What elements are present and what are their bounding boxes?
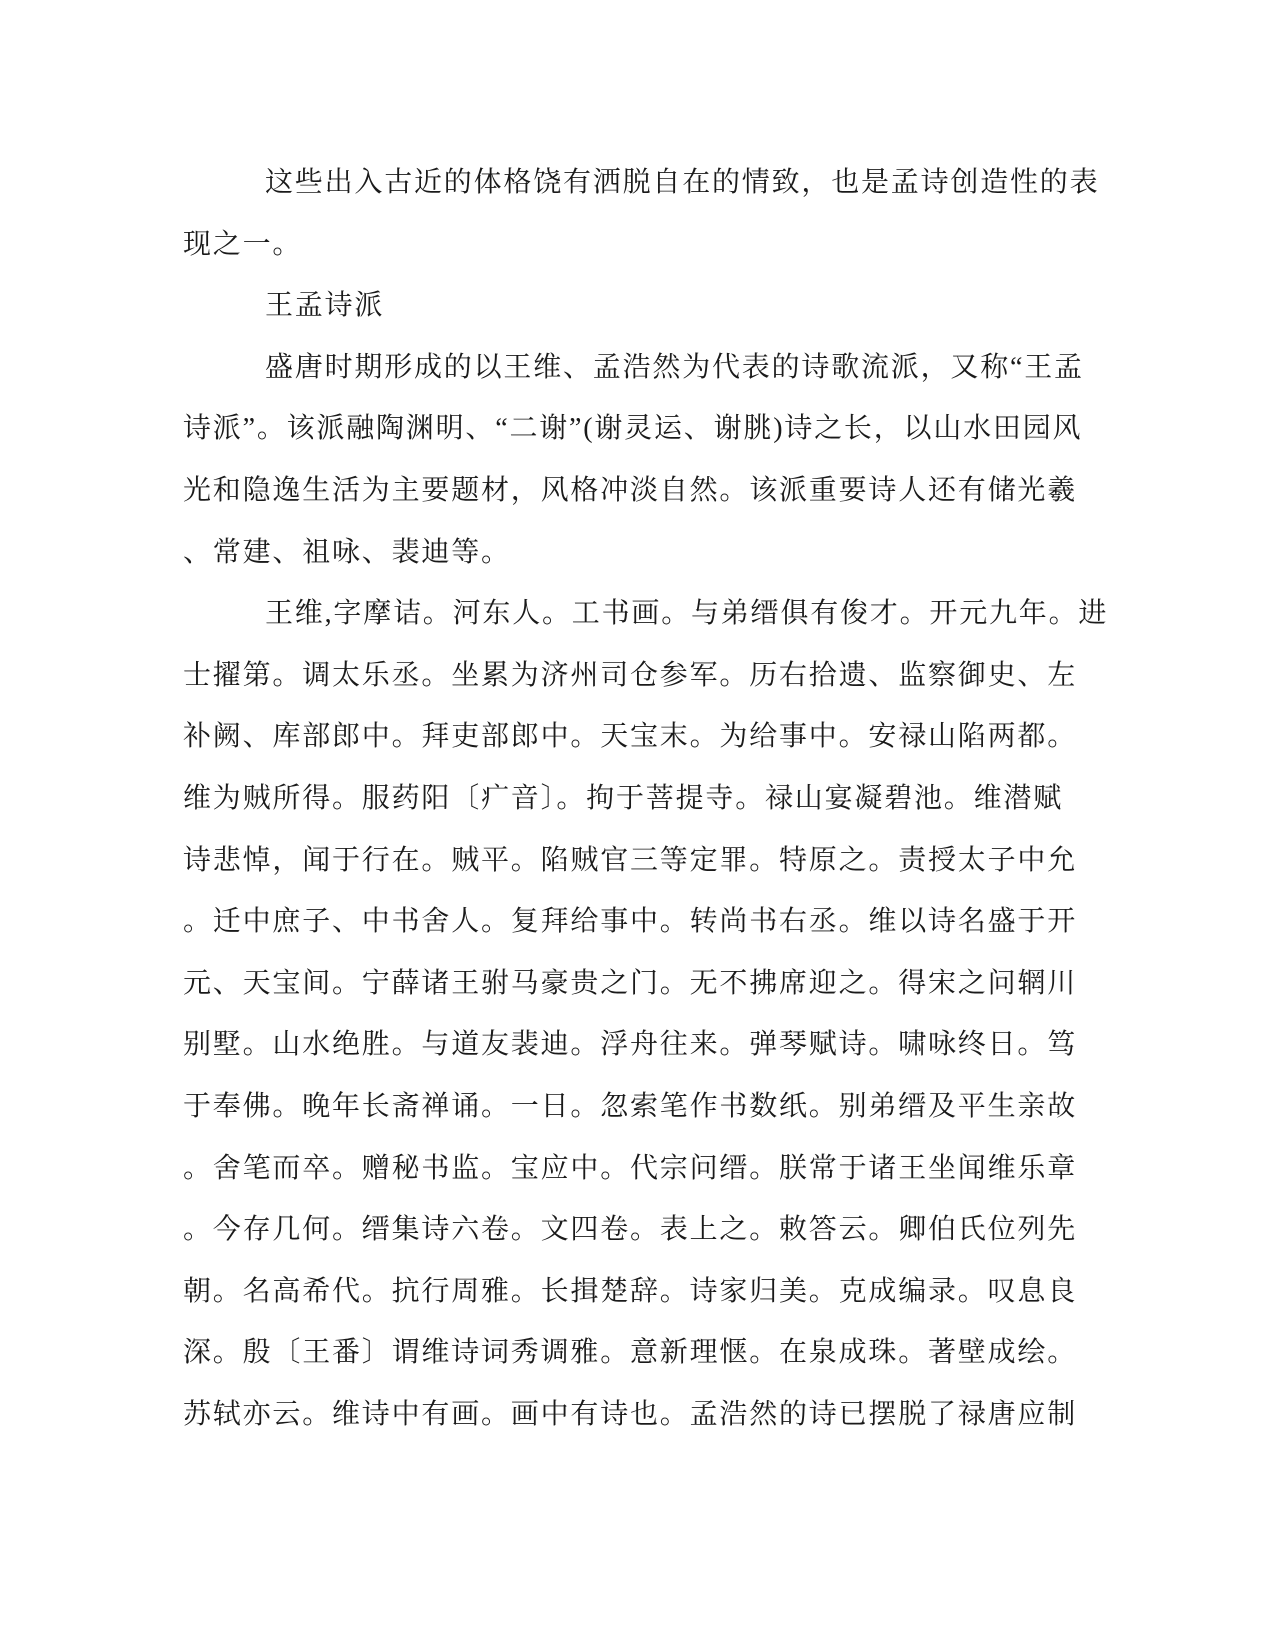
text-line: 诗派”。该派融陶渊明、“二谢”(谢灵运、谢朓)诗之长，以山水田园风 [183, 398, 1088, 460]
document-page: 这些出入古近的体格饶有洒脱自在的情致，也是孟诗创造性的表现之一。王孟诗派盛唐时期… [0, 0, 1275, 1650]
intro-paragraph: 这些出入古近的体格饶有洒脱自在的情致，也是孟诗创造性的表现之一。 [183, 152, 1088, 275]
text-line: 别墅。山水绝胜。与道友裴迪。浮舟往来。弹琴赋诗。啸咏终日。笃 [183, 1014, 1088, 1076]
document-body: 这些出入古近的体格饶有洒脱自在的情致，也是孟诗创造性的表现之一。王孟诗派盛唐时期… [183, 152, 1088, 1445]
text-line: 诗悲悼，闻于行在。贼平。陷贼官三等定罪。特原之。责授太子中允 [183, 830, 1088, 892]
text-line: 元、天宝间。宁薛诸王驸马豪贵之门。无不拂席迎之。得宋之问辋川 [183, 953, 1088, 1015]
text-line: 于奉佛。晚年长斋禅诵。一日。忽索笔作书数纸。别弟缙及平生亲故 [183, 1076, 1088, 1138]
text-line: 、常建、祖咏、裴迪等。 [183, 522, 1088, 584]
text-line: 王孟诗派 [183, 275, 1088, 337]
text-line: 。舍笔而卒。赠秘书监。宝应中。代宗问缙。朕常于诸王坐闻维乐章 [183, 1138, 1088, 1200]
text-line: 现之一。 [183, 214, 1088, 276]
text-line: 补阙、库部郎中。拜吏部郎中。天宝末。为给事中。安禄山陷两都。 [183, 706, 1088, 768]
wang-meng-school-paragraph: 盛唐时期形成的以王维、孟浩然为代表的诗歌流派，又称“王孟诗派”。该派融陶渊明、“… [183, 337, 1088, 583]
text-line: 。今存几何。缙集诗六卷。文四卷。表上之。敕答云。卿伯氏位列先 [183, 1199, 1088, 1261]
section-heading-wang-meng-school: 王孟诗派 [183, 275, 1088, 337]
text-line: 光和隐逸生活为主要题材，风格冲淡自然。该派重要诗人还有储光羲 [183, 460, 1088, 522]
text-line: 维为贼所得。服药阳〔疒音〕。拘于菩提寺。禄山宴凝碧池。维潜赋 [183, 768, 1088, 830]
text-line: 盛唐时期形成的以王维、孟浩然为代表的诗歌流派，又称“王孟 [183, 337, 1088, 399]
text-line: 这些出入古近的体格饶有洒脱自在的情致，也是孟诗创造性的表 [183, 152, 1088, 214]
text-line: 苏轼亦云。维诗中有画。画中有诗也。孟浩然的诗已摆脱了禄唐应制 [183, 1384, 1088, 1446]
text-line: 士擢第。调太乐丞。坐累为济州司仓参军。历右拾遗、监察御史、左 [183, 645, 1088, 707]
wang-wei-biography-paragraph: 王维,字摩诘。河东人。工书画。与弟缙俱有俊才。开元九年。进士擢第。调太乐丞。坐累… [183, 583, 1088, 1445]
text-line: 。迁中庶子、中书舍人。复拜给事中。转尚书右丞。维以诗名盛于开 [183, 891, 1088, 953]
text-line: 朝。名高希代。抗行周雅。长揖楚辞。诗家归美。克成编录。叹息良 [183, 1261, 1088, 1323]
text-line: 深。殷〔王番〕谓维诗词秀调雅。意新理惬。在泉成珠。著壁成绘。 [183, 1322, 1088, 1384]
text-line: 王维,字摩诘。河东人。工书画。与弟缙俱有俊才。开元九年。进 [183, 583, 1088, 645]
